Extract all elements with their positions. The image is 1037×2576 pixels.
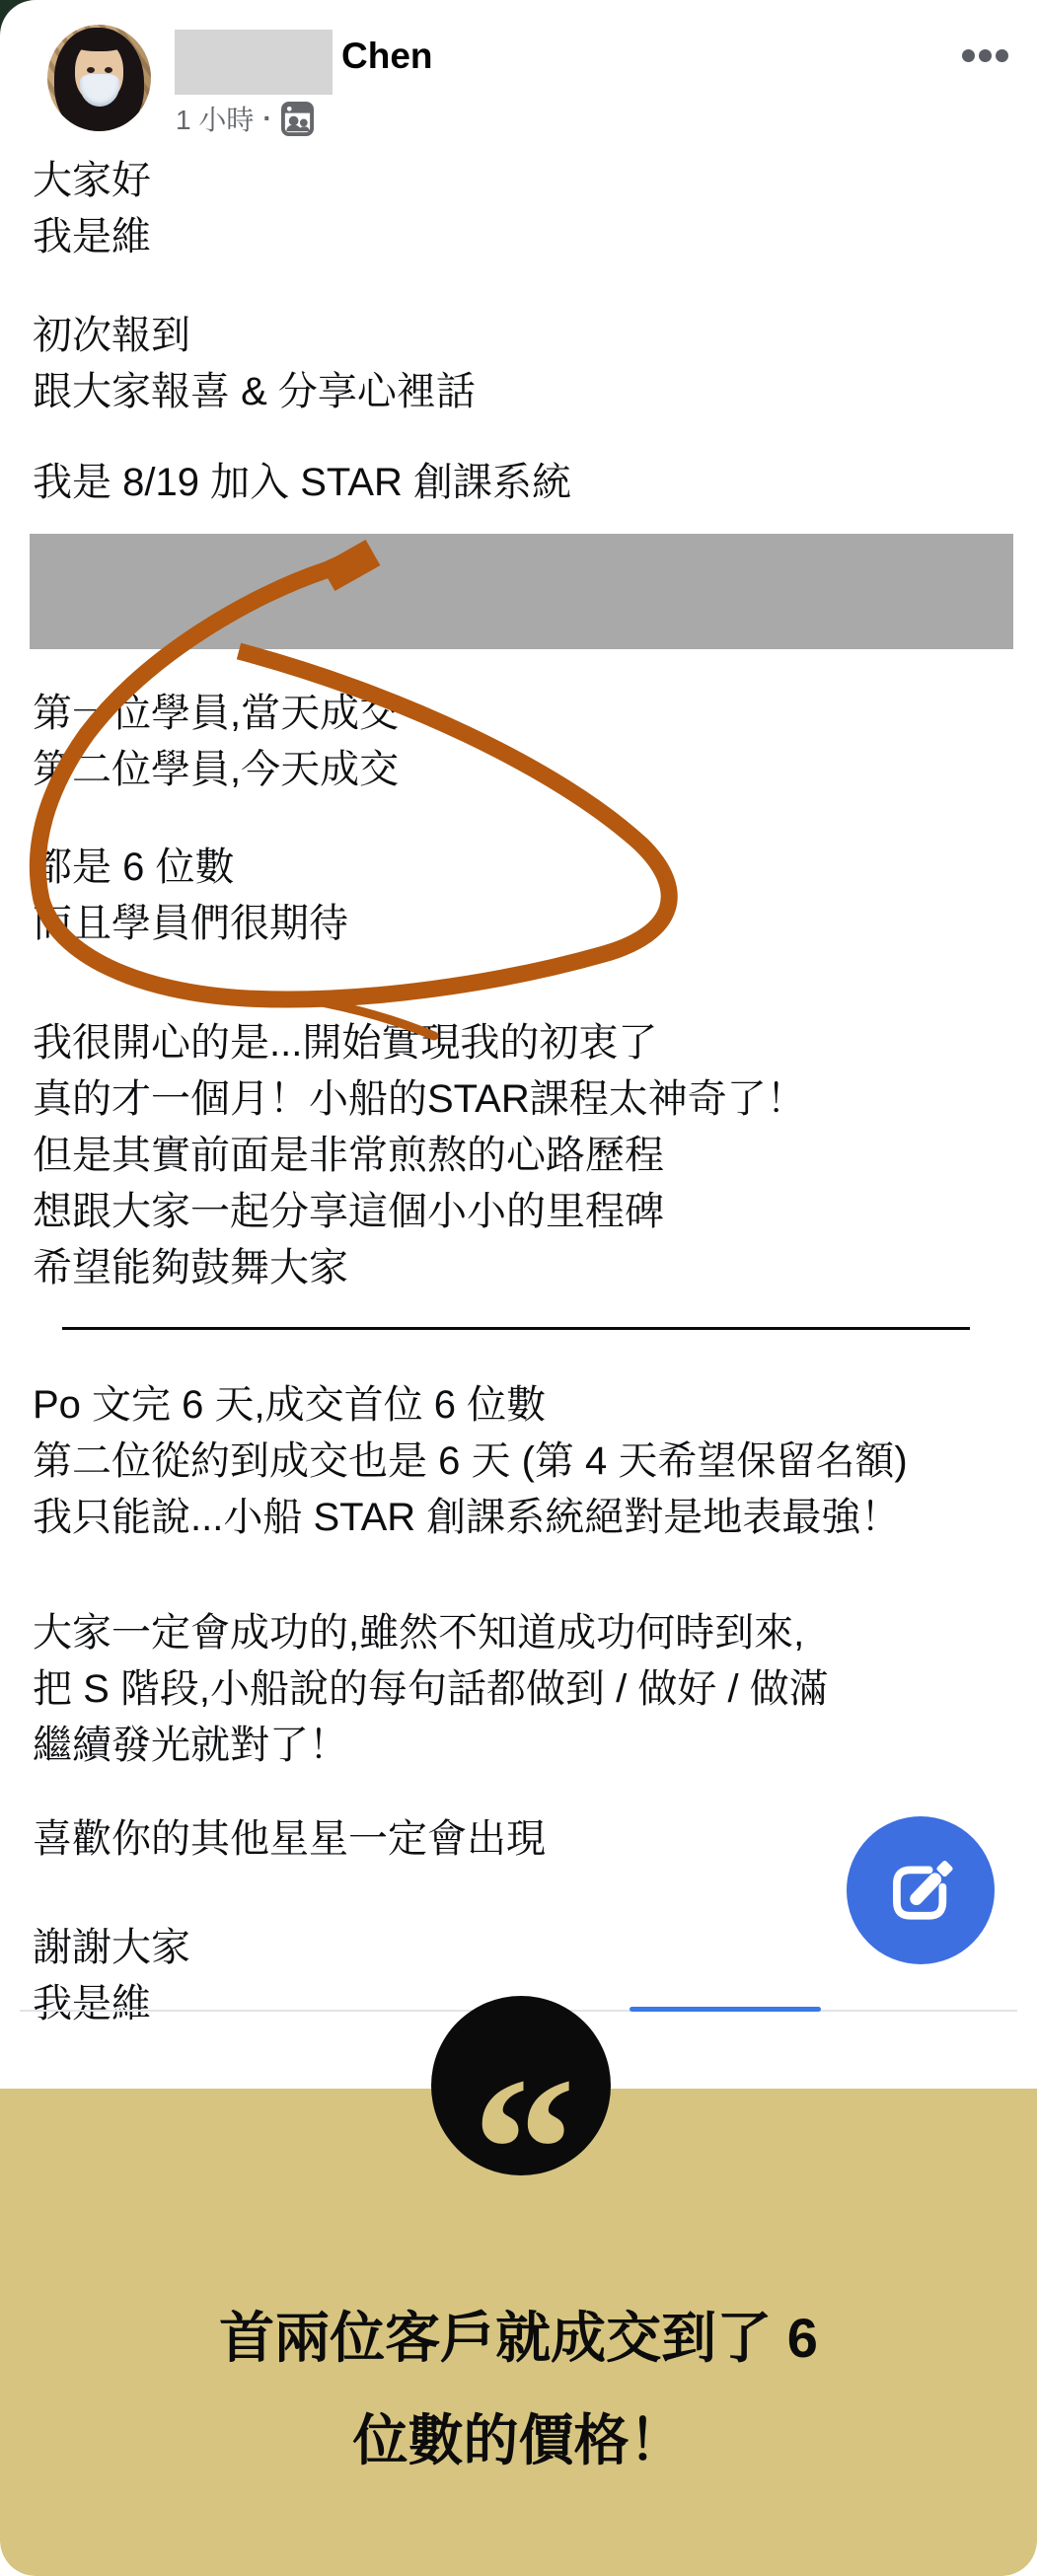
photo-people-icon	[281, 102, 314, 136]
post-paragraph: 第一位學員,當天成交 第二位學員,今天成交	[33, 686, 1007, 798]
avatar-bangs	[71, 34, 127, 51]
redacted-name-box	[175, 30, 333, 95]
post-card: Chen 1 小時 · 大家好 我是維 初次報到	[0, 0, 1037, 2576]
post-paragraph: 我是 8/19 加入 STAR 創課系統	[33, 455, 1007, 511]
post-line: 我很開心的是...開始實現我的初衷了	[33, 1015, 1007, 1071]
post-line: 希望能夠鼓舞大家	[33, 1240, 1007, 1296]
post-paragraph: 大家好 我是維	[33, 153, 1007, 265]
post-line: 把 S 階段,小船說的每句話都做到 / 做好 / 做滿	[33, 1661, 1007, 1718]
quote-caption-line: 首兩位客戶就成交到了 6	[0, 2287, 1037, 2390]
post-line: 大家一定會成功的,雖然不知道成功何時到來,	[33, 1605, 1007, 1661]
post-line: 想跟大家一起分享這個小小的里程碑	[33, 1184, 1007, 1240]
quote-caption-line: 位數的價格！	[0, 2390, 1037, 2492]
ellipsis-dot	[962, 49, 975, 62]
post-line: 第二位從約到成交也是 6 天 (第 4 天希望保留名額)	[33, 1434, 1007, 1490]
post-line: 第一位學員,當天成交	[33, 686, 1007, 742]
post-line: 而且學員們很期待	[33, 896, 1007, 952]
redacted-image-bar	[30, 534, 1013, 649]
screenshot-page: Chen 1 小時 · 大家好 我是維 初次報到	[0, 0, 1037, 2576]
post-line: 第二位學員,今天成交	[33, 742, 1007, 798]
quote-caption: 首兩位客戶就成交到了 6 位數的價格！	[0, 2287, 1037, 2492]
compose-button[interactable]	[847, 1816, 995, 1964]
post-line: 初次報到	[33, 308, 1007, 364]
post-line: 都是 6 位數	[33, 840, 1007, 896]
post-paragraph: Po 文完 6 天,成交首位 6 位數 第二位從約到成交也是 6 天 (第 4 …	[33, 1377, 1007, 1546]
post-paragraph: 都是 6 位數 而且學員們很期待	[33, 840, 1007, 952]
post-line: 真的才一個月！小船的STAR課程太神奇了！	[33, 1071, 1007, 1128]
post-paragraph: 我很開心的是...開始實現我的初衷了 真的才一個月！小船的STAR課程太神奇了！…	[33, 1015, 1007, 1296]
horizontal-divider	[62, 1327, 970, 1330]
more-options-button[interactable]	[962, 49, 1008, 62]
meta-separator: ·	[262, 103, 271, 134]
avatar-eye-right	[105, 67, 112, 73]
post-line: 我是維	[33, 209, 1007, 265]
quote-icon: “	[473, 2046, 570, 2253]
post-line: 繼續發光就對了！	[33, 1718, 1007, 1774]
post-line: 我只能說...小船 STAR 創課系統絕對是地表最強！	[33, 1490, 1007, 1546]
post-line: Po 文完 6 天,成交首位 6 位數	[33, 1377, 1007, 1434]
post-line: 大家好	[33, 153, 1007, 209]
author-name[interactable]: Chen	[341, 36, 433, 77]
quote-badge: “	[431, 1996, 611, 2175]
progress-indicator	[630, 2007, 821, 2012]
compose-pencil-icon	[878, 1848, 963, 1933]
ellipsis-dot	[979, 49, 992, 62]
avatar[interactable]	[47, 25, 151, 131]
timestamp[interactable]: 1 小時	[176, 99, 254, 138]
post-paragraph: 大家一定會成功的,雖然不知道成功何時到來, 把 S 階段,小船說的每句話都做到 …	[33, 1605, 1007, 1774]
post-meta: 1 小時 ·	[176, 99, 314, 138]
ellipsis-dot	[996, 49, 1008, 62]
post-line: 跟大家報喜 & 分享心裡話	[33, 364, 1007, 420]
post-line: 我是 8/19 加入 STAR 創課系統	[33, 455, 1007, 511]
post-line: 但是其實前面是非常煎熬的心路歷程	[33, 1128, 1007, 1184]
post-paragraph: 初次報到 跟大家報喜 & 分享心裡話	[33, 308, 1007, 420]
